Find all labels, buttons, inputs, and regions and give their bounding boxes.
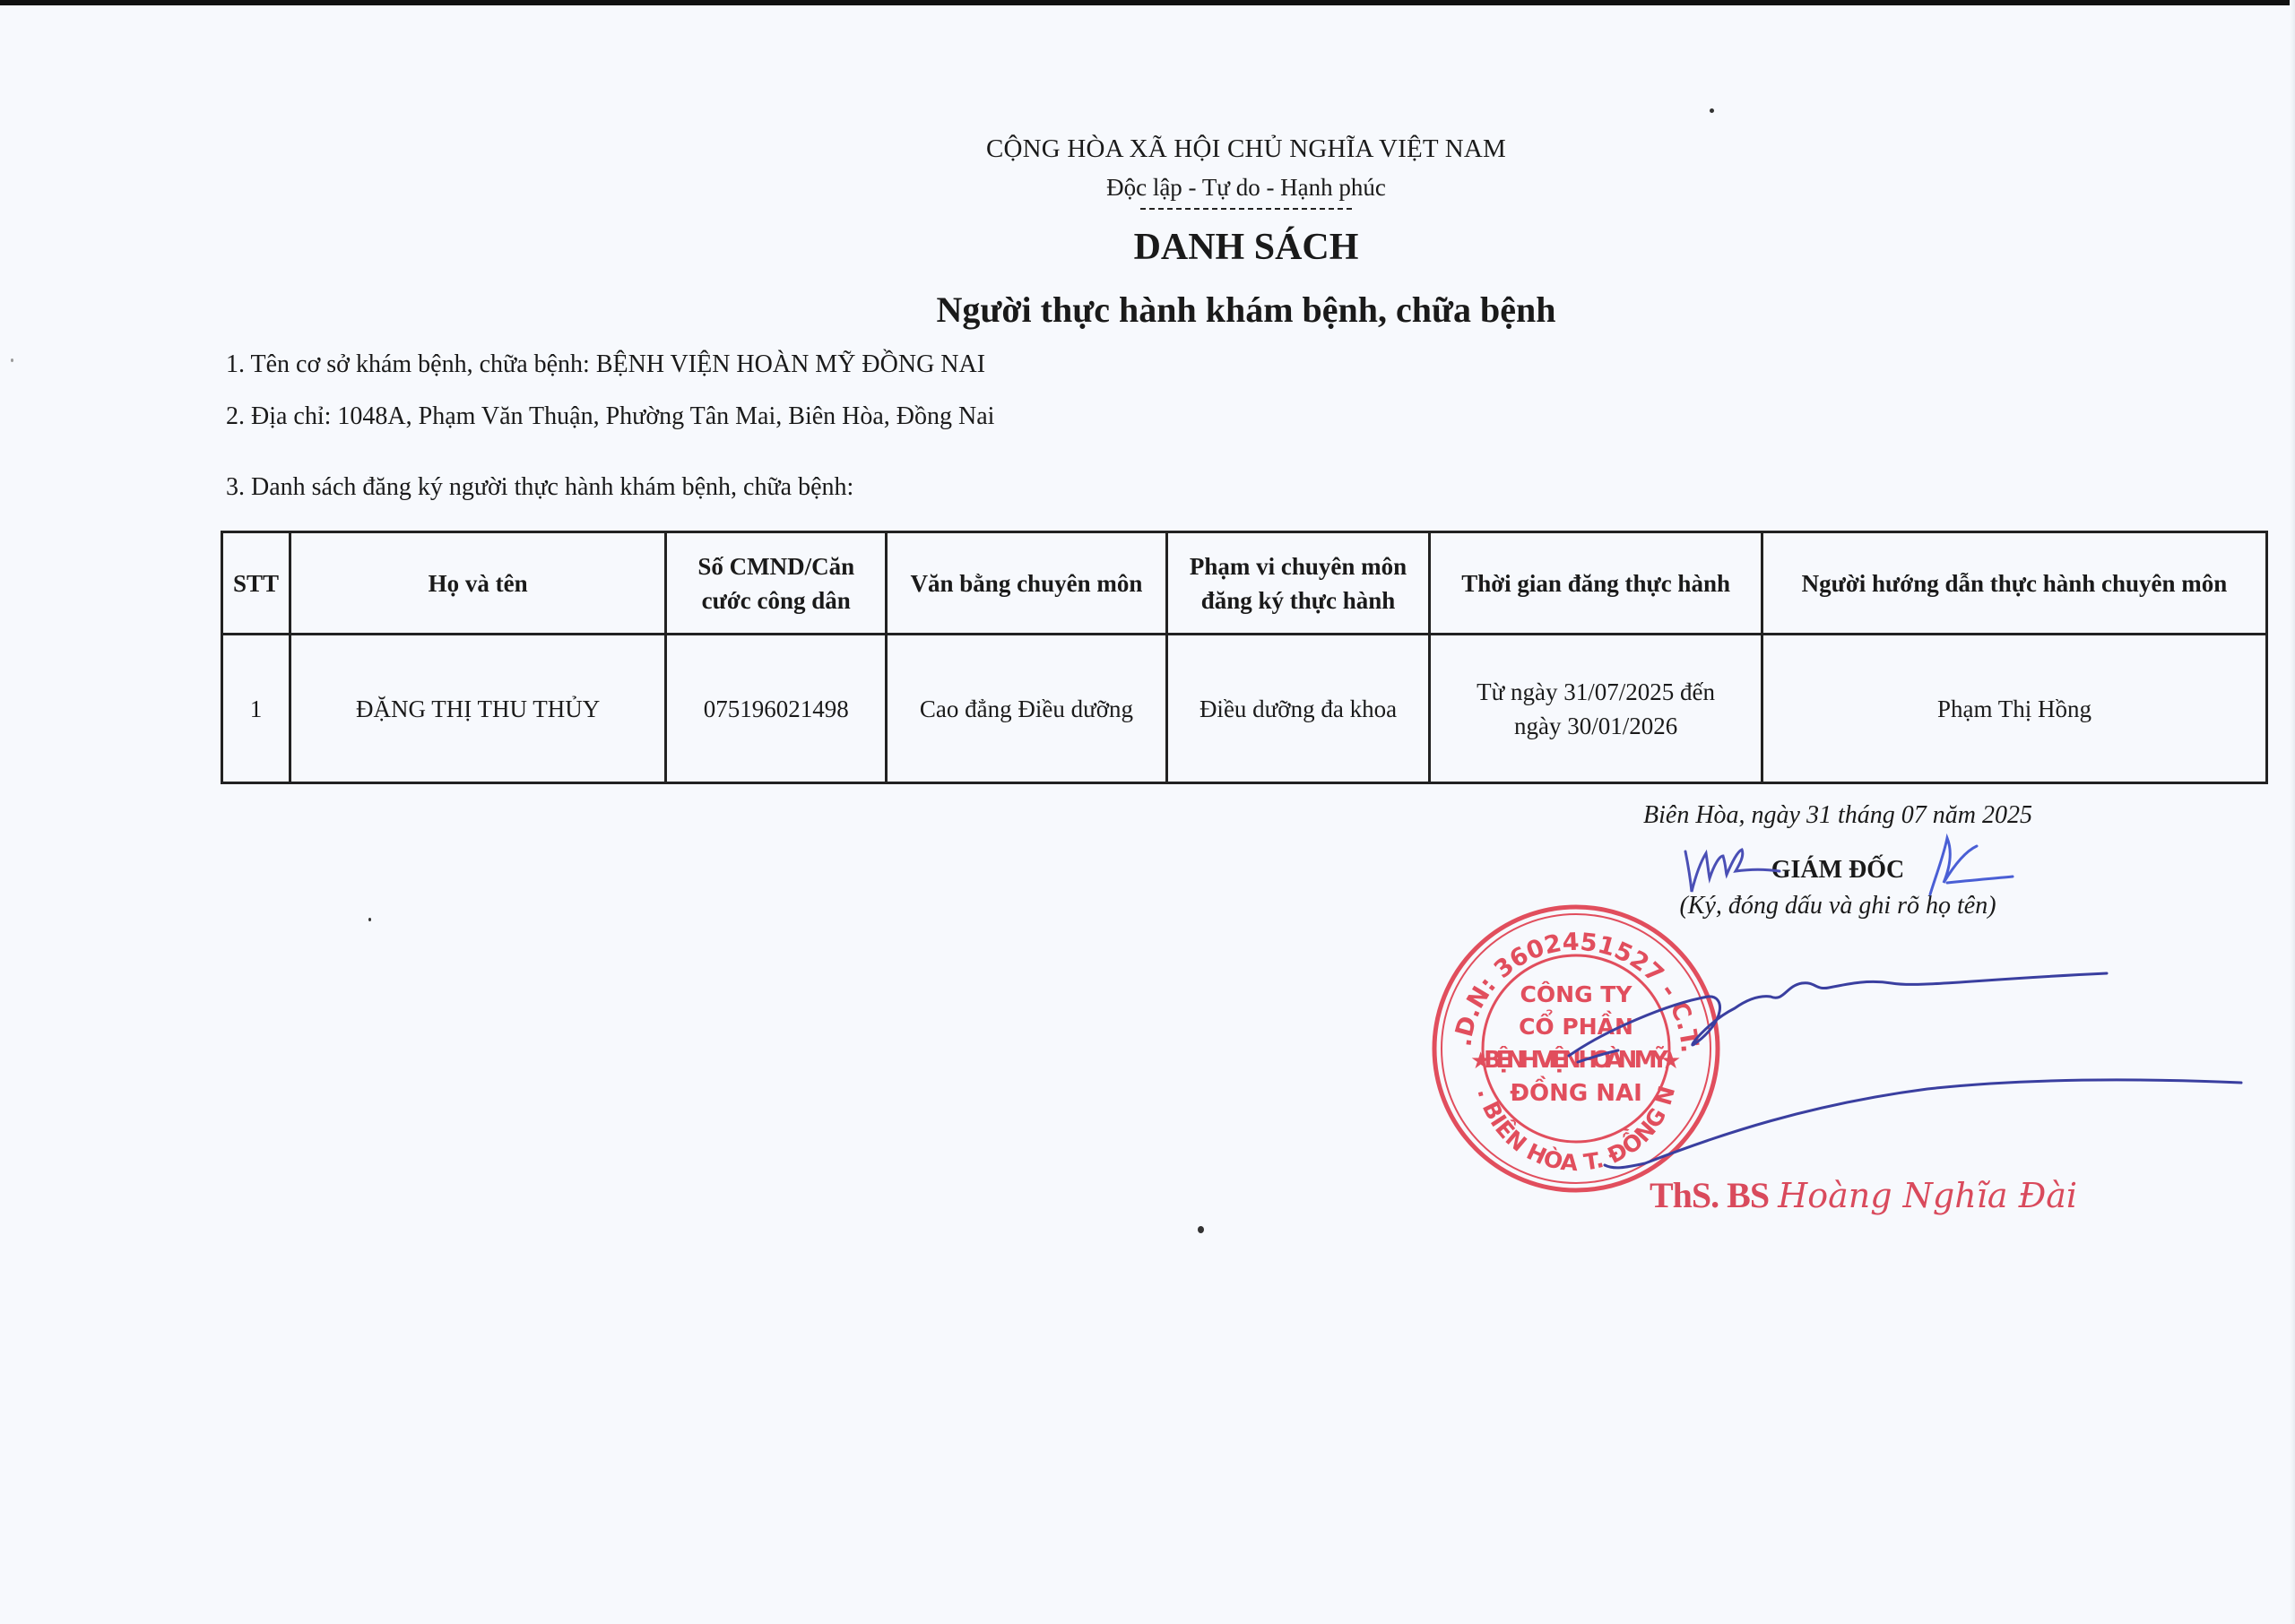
document-subtitle: Người thực hành khám bệnh, chữa bệnh [0,289,2295,331]
director-signature [1569,973,2241,1168]
scan-speck [368,918,371,921]
cell-supervisor: Phạm Thị Hồng [1762,635,2266,783]
document-title: DANH SÁCH [0,226,2295,269]
stamp-inner-line-4: ĐỒNG NAI [1510,1075,1642,1107]
signature-place-date: Biên Hòa, ngày 31 tháng 07 năm 2025 [1605,801,2071,830]
stamp-inner-line-3: BỆNH VIỆN HOÀN MỸ [1484,1045,1669,1074]
header-stt: STT [222,532,290,635]
signature-note: (Ký, đóng dấu và ghi rõ họ tên) [1605,892,2071,920]
header-divider [1140,208,1352,210]
scan-speck [11,358,13,362]
signer-name: ThS. BS Hoàng Nghĩa Đài [1650,1174,2077,1216]
national-header-title: CỘNG HÒA XÃ HỘI CHỦ NGHĨA VIỆT NAM [0,134,2295,164]
header-qualification: Văn bằng chuyên môn [887,532,1167,635]
scan-speck [1198,1226,1204,1233]
scan-edge-top [0,0,2295,5]
signature-role: GIÁM ĐỐC [1605,856,2071,885]
cell-stt: 1 [222,635,290,783]
cell-qualification: Cao đẳng Điều dưỡng [887,635,1167,783]
cell-scope: Điều dưỡng đa khoa [1166,635,1430,783]
table-header-row: STT Họ và tên Số CMND/Căn cước công dân … [222,532,2267,635]
national-motto: Độc lập - Tự do - Hạnh phúc [0,174,2295,202]
signer-title: ThS. BS [1650,1175,1769,1215]
header-scope: Phạm vi chuyên môn đăng ký thực hành [1166,532,1430,635]
stamp-inner-line-2: CỔ PHẦN [1519,1008,1633,1040]
list-heading: 3. Danh sách đăng ký người thực hành khá… [226,473,853,502]
header-full-name: Họ và tên [290,532,665,635]
signer-full-name: Hoàng Nghĩa Đài [1778,1176,2077,1215]
cell-full-name: ĐẶNG THỊ THU THỦY [290,635,665,783]
header-id-number: Số CMND/Căn cước công dân [666,532,887,635]
cell-period: Từ ngày 31/07/2025 đến ngày 30/01/2026 [1430,635,1762,783]
star-right-icon: ★ [1660,1048,1681,1075]
facility-address: 2. Địa chỉ: 1048A, Phạm Văn Thuận, Phườn… [226,402,994,431]
facility-name: 1. Tên cơ sở khám bệnh, chữa bệnh: BỆNH … [226,350,985,379]
star-left-icon: ★ [1470,1048,1491,1075]
cell-id-number: 075196021498 [666,635,887,783]
header-period: Thời gian đăng thực hành [1430,532,1762,635]
registration-table: STT Họ và tên Số CMND/Căn cước công dân … [221,531,2268,784]
stamp-inner-line-1: CÔNG TY [1520,980,1633,1007]
scan-speck [1710,108,1714,113]
table-row: 1 ĐẶNG THỊ THU THỦY 075196021498 Cao đẳn… [222,635,2267,783]
header-supervisor: Người hướng dẫn thực hành chuyên môn [1762,532,2266,635]
